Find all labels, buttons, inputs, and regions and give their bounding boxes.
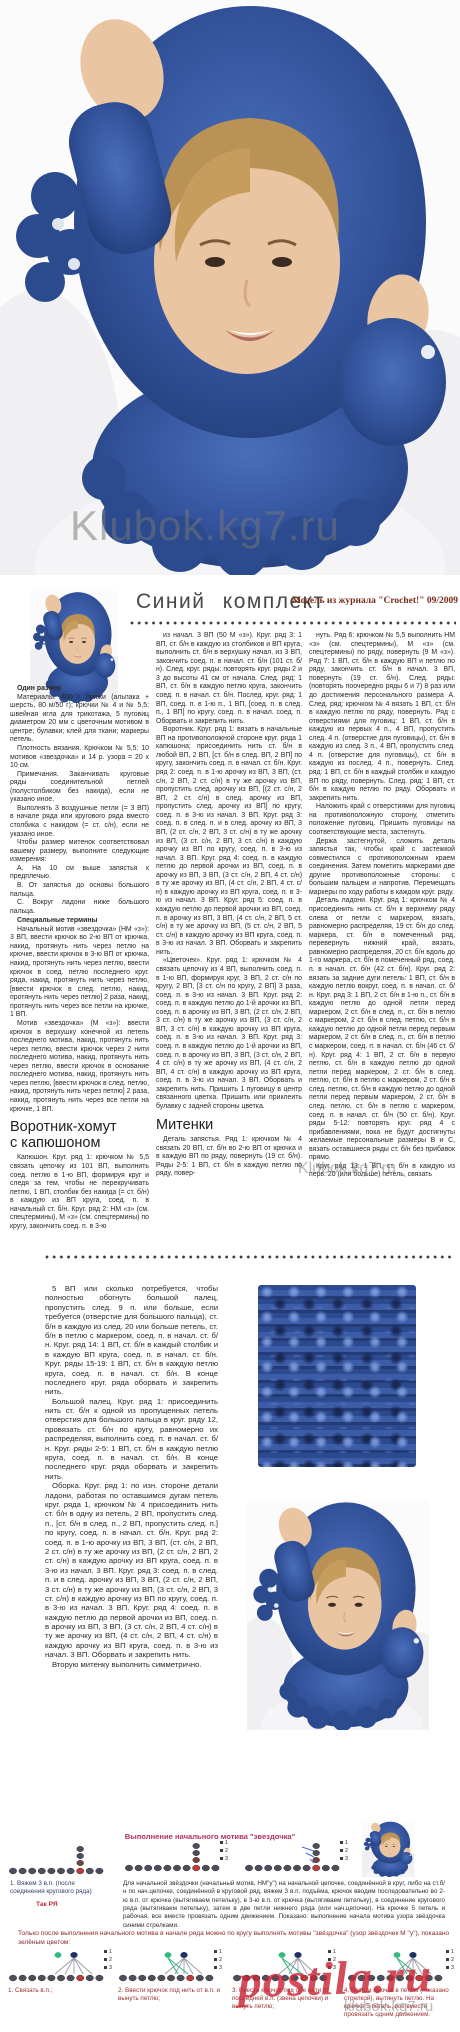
paragraph: Примечания. Заканчивать круговые ряды со… — [10, 771, 149, 805]
star-step-label-2: 2. Ввести крючок под нить от в.п. и выну… — [118, 1987, 222, 2003]
stitch-mark: 2 — [214, 1958, 222, 1964]
stitch-mark: 3 — [104, 1966, 112, 1972]
section-heading: Воротник-хомут с капюшоном — [10, 1120, 149, 1151]
section-heading: Специальные термины — [10, 917, 149, 926]
diagram-description: Для начальной звёздочки (начальный мотив… — [123, 1880, 445, 1930]
paragraph: 5 ВП или сколько потребуется, чтобы полн… — [45, 1284, 218, 1397]
photo-woman-cowl-mittens — [247, 1500, 429, 1730]
dotted-separator-top — [130, 621, 456, 625]
stitch-mark: 1 — [446, 1950, 454, 1956]
paragraph: «Цветочек». Круг. ряд 1: крючком № 4 свя… — [156, 957, 302, 1111]
paragraph: из начал. 3 ВП (50 М «з»). Круг. ряд 3: … — [156, 632, 302, 726]
stitch-mark: 1 — [104, 1950, 112, 1956]
stitch-swatch-photo — [258, 1285, 416, 1467]
paragraph: нуть. Ряд 6: крючком № 5,5 выполнить НМ … — [309, 632, 455, 803]
watermark-klubok-top: Klubok.kg7.ru — [70, 502, 340, 550]
paragraph: Большой палец. Круг. ряд 1: присоединить… — [45, 1397, 218, 1482]
stitch-mark: 3 — [220, 1857, 228, 1863]
paragraph: Деталь ладони. Круг. ряд 1: крючком № 4 … — [309, 897, 455, 1162]
paragraph: A. На 10 см выше запястья к предплечью. — [10, 865, 149, 882]
stitch-mark: 1 — [214, 1950, 222, 1956]
diagram-step1-note: Так РЯ — [36, 1901, 58, 1908]
stitch-mark: 3 — [446, 1966, 454, 1972]
paragraph: Материалы: 400 г пряжи (альпака + шерсть… — [10, 694, 149, 745]
paragraph: Выполнять 3 воздушные петли (= 3 ВП) в н… — [10, 805, 149, 839]
diagram-row2-intro: Только после выполнения начального мотив… — [18, 1930, 454, 1947]
paragraph: Мотив «звездочка» (М «з»): ввести крючок… — [10, 1020, 149, 1114]
paragraph: Плотность вязания. Крючком № 5,5: 10 мот… — [10, 745, 149, 771]
mini-photo-blue-hood — [362, 1821, 414, 1877]
magazine-page: Klubok.kg7.ru Синий комплект Модель из ж… — [0, 0, 460, 2032]
text-column-continuation: 5 ВП или сколько потребуется, чтобы полн… — [45, 1284, 218, 1736]
diagram-step1-label: 1. Вяжем 3 в.п. (после соединения кругов… — [10, 1880, 110, 1896]
dotted-separator-middle — [45, 1255, 453, 1259]
paragraph: Наложить край с отверстиями для пуговиц … — [309, 803, 455, 837]
star-stitch-diagram-1: 1 2 3 — [8, 1950, 112, 1984]
paragraph: Капюшон. Круг. ряд 1: крючком № 5,5 связ… — [10, 1154, 149, 1231]
paragraph: Чтобы размер митенок соответствовал ваше… — [10, 839, 149, 865]
paragraph: Начальный мотив «звездочка» (НМ «з»): 3 … — [10, 926, 149, 1020]
paragraph: Воротник. Круг. ряд 1: вязать в начальны… — [156, 726, 302, 957]
stitch-mark: 2 — [104, 1958, 112, 1964]
paragraph: Вторую митенку выполнить симметрично. — [45, 1660, 218, 1669]
stitch-mark: 3 — [214, 1966, 222, 1972]
hero-photo-woman-blue-hood — [0, 0, 460, 575]
chain-diagram-step2: 1 2 3 — [124, 1840, 228, 1874]
star-step-label-1: 1. Связать в.п.; — [8, 1987, 108, 1995]
stitch-mark: 3 — [340, 1857, 348, 1863]
stitch-mark: 1 — [340, 1841, 348, 1847]
journal-credit: Модель из журнала "Crochet!" 09/2009 — [268, 596, 458, 606]
section-heading: Один размер — [10, 685, 149, 694]
watermark-klubok-bottom: klubok.kg7.ru — [344, 1998, 433, 2015]
paragraph: Деталь запястья. Ряд 1: крючком № 4 связ… — [156, 1136, 302, 1179]
stitch-mark: 2 — [446, 1958, 454, 1964]
paragraph: Оборка. Круг. ряд 1: по изн. стороне дет… — [45, 1481, 218, 1659]
text-column-3: нуть. Ряд 6: крючком № 5,5 выполнить НМ … — [309, 632, 455, 1207]
text-column-1: Один размерМатериалы: 400 г пряжи (альпа… — [10, 684, 149, 1236]
section-heading: Митенки — [156, 1118, 302, 1134]
text-column-2: из начал. 3 ВП (50 М «з»). Круг. ряд 3: … — [156, 632, 302, 1238]
paragraph: C. Вокруг ладони ниже большого пальца. — [10, 899, 149, 916]
stitch-mark: 2 — [220, 1849, 228, 1855]
stitch-mark: 2 — [340, 1849, 348, 1855]
paragraph: Держа застегнутой, сложить деталь запяст… — [309, 838, 455, 898]
paragraph: B. От запястья до основы большого пальца… — [10, 882, 149, 899]
chain-diagram-step3: 1 2 3 — [244, 1840, 348, 1874]
watermark-klubok-middle: Klubok.kg7.ru — [298, 1160, 396, 1178]
chain-diagram-step1 — [8, 1843, 112, 1877]
stitch-mark: 1 — [220, 1841, 228, 1847]
star-stitch-diagram-2: 1 2 3 — [118, 1950, 222, 1984]
